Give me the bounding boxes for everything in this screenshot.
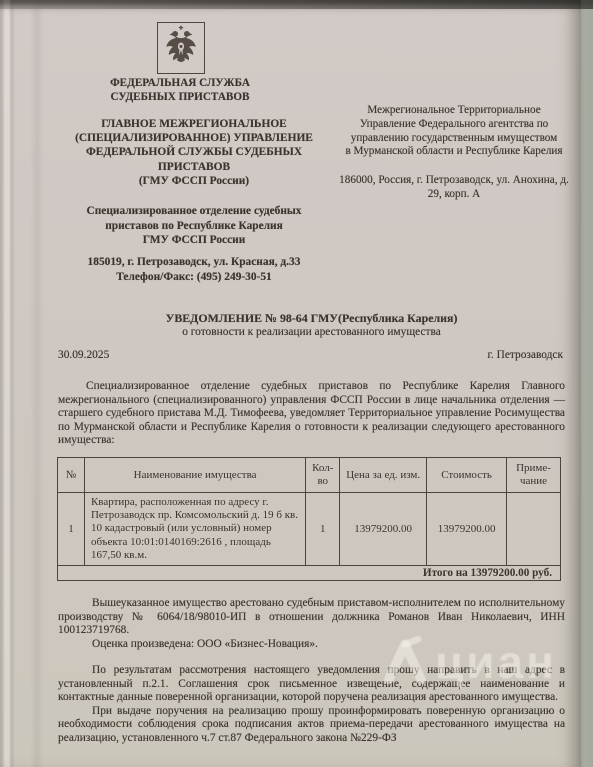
sender-division: Специализированное отделение судебных пр… — [54, 204, 334, 248]
body-text: Вышеуказанное имущество арестовано судеб… — [58, 597, 565, 745]
scanner-background — [579, 0, 593, 767]
document-paper: ФЕДЕРАЛЬНАЯ СЛУЖБА СУДЕБНЫХ ПРИСТАВОВ ГЛ… — [0, 0, 581, 767]
cell-quantity: 1 — [306, 493, 340, 566]
document-date: 30.09.2025 — [58, 349, 109, 361]
recipient-name: Межрегиональное Территориальное Управлен… — [336, 104, 572, 159]
request-paragraph-2: При выдаче поручения на реализацию прошу… — [58, 705, 565, 746]
document-title: УВЕДОМЛЕНИЕ № 98-64 ГМУ(Республика Карел… — [58, 311, 565, 338]
col-cost: Стоимость — [427, 458, 507, 493]
col-number: № — [58, 458, 85, 493]
table-total: Итого на 13979200.00 руб. — [58, 566, 561, 581]
col-unit-price: Цена за ед. изм. — [340, 458, 427, 493]
col-property-name: Наименование имущества — [84, 458, 305, 493]
recipient-address: 186000, Россия, г. Петрозаводск, ул. Ано… — [336, 174, 572, 202]
cell-cost: 13979200.00 — [427, 493, 507, 566]
cell-note — [507, 493, 561, 566]
russia-coat-of-arms-icon — [163, 25, 199, 72]
document-city: г. Петрозаводск — [488, 349, 563, 361]
emblem-frame — [157, 22, 205, 74]
seized-property-table: № Наименование имущества Кол-во Цена за … — [57, 457, 561, 581]
agency-name: ФЕДЕРАЛЬНАЯ СЛУЖБА СУДЕБНЫХ ПРИСТАВОВ — [70, 77, 290, 104]
intro-paragraph: Специализированное отделение судебных пр… — [58, 380, 565, 448]
title-line-1: УВЕДОМЛЕНИЕ № 98-64 ГМУ(Республика Карел… — [58, 311, 565, 326]
table-header-row: № Наименование имущества Кол-во Цена за … — [58, 458, 561, 493]
title-line-2: о готовности к реализации арестованного … — [58, 326, 565, 338]
seized-paragraph: Вышеуказанное имущество арестовано судеб… — [58, 597, 565, 638]
col-quantity: Кол-во — [306, 458, 340, 493]
scanned-document: ФЕДЕРАЛЬНАЯ СЛУЖБА СУДЕБНЫХ ПРИСТАВОВ ГЛ… — [0, 0, 593, 767]
date-row: 30.09.2025 г. Петрозаводск — [58, 349, 563, 361]
cell-number: 1 — [58, 493, 85, 566]
valuation-paragraph: Оценка произведена: ООО «Бизнес-Новация»… — [58, 638, 565, 652]
request-paragraph-1: По результатам рассмотрения настоящего у… — [58, 664, 565, 705]
sender-address: 185019, г. Петрозаводск, ул. Красная, д.… — [54, 255, 334, 285]
cell-unit-price: 13979200.00 — [340, 493, 427, 566]
col-note: Приме-чание — [507, 458, 561, 493]
table-total-row: Итого на 13979200.00 руб. — [58, 566, 561, 581]
cell-property-name: Квартира, расположенная по адресу г. Пет… — [84, 493, 305, 566]
table-header: № Наименование имущества Кол-во Цена за … — [58, 458, 561, 493]
table-row: 1 Квартира, расположенная по адресу г. П… — [58, 493, 561, 566]
sender-main-office: ГЛАВНОЕ МЕЖРЕГИОНАЛЬНОЕ (СПЕЦИАЛИЗИРОВАН… — [54, 117, 334, 188]
